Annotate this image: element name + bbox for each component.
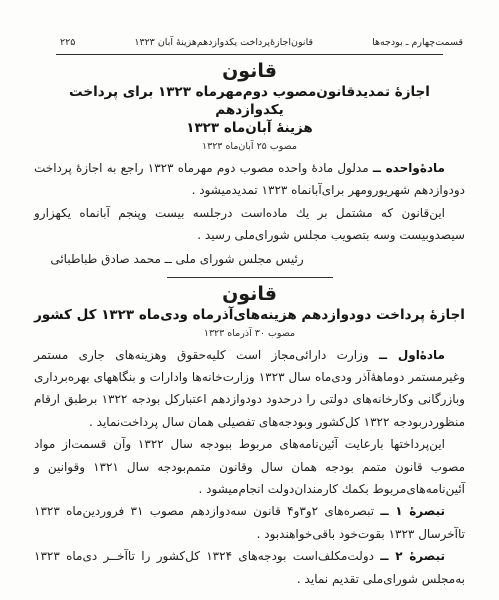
running-header: قسمت‌چهارم ـ بودجه‌ها قانون‌اجازهٔ‌پرداخ…	[34, 36, 465, 49]
law2-payments-paragraph: این‌پرداختها بارعایت آئین‌نامه‌های مربوط…	[34, 433, 465, 500]
law2-note2-paragraph: تبصرهٔ ۲ ــ دولت‌مکلف‌است بودجه‌های ۱۳۲۴…	[34, 545, 465, 590]
law2-note1-lead: تبصرهٔ ۱ ــ	[380, 504, 445, 518]
law1-kicker: قانون	[34, 60, 465, 82]
law-section-2: قانون اجازهٔ پرداخت دودوازدهم هزینه‌های‌…	[34, 283, 465, 590]
law2-article1-lead: مادهٔ‌اول ــ	[379, 348, 445, 362]
law2-title-line1: اجازهٔ پرداخت دودوازدهم هزینه‌های‌آذرماه…	[34, 307, 465, 323]
signature-line: رئیس مجلس شورای ملی ــ محمد صادق طباطبائ…	[34, 248, 320, 270]
law2-note2-lead: تبصرهٔ ۲ ــ	[380, 549, 445, 563]
law-section-1: قانون اجازهٔ تمدیدقانون‌مصوب دوم‌مهرماه …	[34, 60, 465, 270]
law1-title: اجازهٔ تمدیدقانون‌مصوب دوم‌مهرماه ۱۳۲۳ ب…	[34, 83, 465, 137]
law1-title-line1: اجازهٔ تمدیدقانون‌مصوب دوم‌مهرماه ۱۳۲۳ ب…	[69, 84, 430, 118]
law1-title-line2: هزینهٔ آبان‌ماه ۱۳۲۳	[186, 120, 313, 136]
header-page-number: ۲۲۵	[60, 36, 75, 49]
law1-article-lead: مادهٔ‌واحده ــ	[373, 161, 445, 175]
document-page: قسمت‌چهارم ـ بودجه‌ها قانون‌اجازهٔ‌پرداخ…	[0, 0, 499, 600]
law2-approval-date: مصوب ۳۰ آذرماه ۱۳۲۳	[34, 328, 465, 340]
law1-ratification-paragraph: این‌قانون که مشتمل بر یك ماده‌است درجلسه…	[34, 202, 465, 247]
header-running-title: قانون‌اجازهٔ‌پرداخت یکدوازدهم‌هزینهٔ آبا…	[134, 36, 313, 49]
law1-approval-date: مصوب ۲۵ آبان‌ماه ۱۳۲۳	[34, 141, 465, 153]
law2-kicker: قانون	[34, 283, 465, 305]
section-divider	[167, 277, 333, 278]
header-section-label: قسمت‌چهارم ـ بودجه‌ها	[372, 36, 463, 49]
law2-note1-paragraph: تبصرهٔ ۱ ــ تبصره‌های ۲و۳و۴ قانون سه‌دوا…	[34, 500, 465, 545]
header-rule	[56, 54, 443, 55]
law2-article1-paragraph: مادهٔ‌اول ــ وزارت دارائی‌مجاز است کلیه‌…	[34, 344, 465, 434]
law1-article-paragraph: مادهٔ‌واحده ــ مدلول مادهٔ واحده مصوب دو…	[34, 157, 465, 202]
law2-title: اجازهٔ پرداخت دودوازدهم هزینه‌های‌آذرماه…	[34, 306, 465, 324]
